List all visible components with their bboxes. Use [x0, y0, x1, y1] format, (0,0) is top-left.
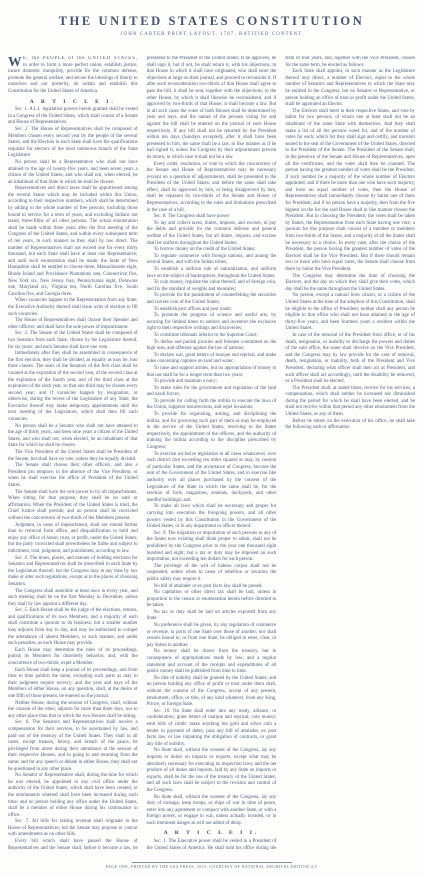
paragraph: Sec. 7. All bills for raising revenue sh…: [8, 819, 138, 839]
section-label: Sec. 1.: [15, 107, 29, 112]
paragraph: To establish post offices and post roads…: [147, 307, 277, 314]
paragraph: To provide for calling forth the militia…: [147, 399, 277, 412]
section-label: Sec. 3.: [15, 331, 30, 336]
paragraph: The Senate shall choose their other offi…: [8, 463, 138, 489]
paragraph: The House of Representatives shall choos…: [8, 318, 138, 331]
paragraph: Each House shall keep a journal of its p…: [8, 668, 138, 701]
article-heading: A R T I C L E I.: [8, 99, 138, 106]
document-body: WE, the PEOPLE of the UNITED STATES, in …: [8, 56, 415, 854]
preamble-paragraph: WE, the PEOPLE of the UNITED STATES, in …: [8, 56, 138, 96]
footer-rule: [132, 862, 292, 863]
paragraph: No State shall, without the consent of t…: [147, 795, 277, 828]
section-label: Sec. 6.: [15, 720, 32, 725]
paragraph: The Electors shall meet in their respect…: [285, 109, 415, 274]
section-label: Sec. 1.: [154, 839, 169, 844]
document-title: THE UNITED STATES CONSTITUTION: [0, 14, 423, 29]
paragraph: Judgment, in cases of impeachment, shall…: [8, 523, 138, 556]
paragraph: The Senate shall have the sole power to …: [8, 490, 138, 523]
paragraph: Sec. 10. No State shall enter into any t…: [147, 709, 277, 749]
lead-caps-text: E, the PEOPLE of the UNITED STATES,: [23, 56, 138, 61]
paragraph: Sec. 5. Each House shall be the judge of…: [8, 608, 138, 648]
paragraph: Sec. 4. The times, places, and manner of…: [8, 556, 138, 589]
paragraph: To lay and collect taxes, duties, impost…: [147, 221, 277, 247]
paragraph: Sec. 1. ALL legislative powers herein gr…: [8, 107, 138, 127]
paragraph: When vacancies happen in the Representat…: [8, 298, 138, 318]
paragraph: Each House may determine the rules of it…: [8, 648, 138, 668]
paragraph: To exercise exclusive legislation in all…: [147, 452, 277, 505]
paragraph: The Congress may determine the time of c…: [285, 274, 415, 294]
section-label: Sec. 9.: [154, 531, 168, 536]
paragraph: Sec. 8. The Congress shall have power: [147, 214, 277, 221]
section-label: Sec. 5.: [15, 608, 29, 613]
paragraph: Before he enters on the execution of his…: [285, 419, 415, 432]
paragraph: No person shall be a Representative who …: [8, 160, 138, 186]
section-label: Sec. 4.: [15, 556, 30, 561]
document-subtitle: JOHN CARTER PRINT LAYOUT, 1787, RATIFIED…: [0, 32, 423, 37]
paragraph: To make all laws which shall be necessar…: [147, 504, 277, 530]
paragraph: No person shall be a Senator who shall n…: [8, 424, 138, 450]
constitution-page: THE UNITED STATES CONSTITUTION JOHN CART…: [0, 0, 423, 875]
article-heading: A R T I C L E I I.: [147, 830, 277, 837]
paragraph: Sec. 9. The migration or importation of …: [147, 531, 277, 564]
section-label: Sec. 10.: [154, 709, 173, 714]
paragraph: To promote the progress of science and u…: [147, 313, 277, 333]
paragraph: No money shall be drawn from the treasur…: [147, 649, 277, 675]
paragraph: Every order, resolution, or vote to whic…: [147, 162, 277, 215]
paragraph: Neither House, during the session of Con…: [8, 701, 138, 721]
paragraph: No capitation or other direct tax shall …: [147, 590, 277, 610]
paragraph: The Congress shall assemble at least onc…: [8, 589, 138, 609]
paragraph: No bill of attainder or ex post facto la…: [147, 584, 277, 591]
paragraph: To coin money, regulate the value thereo…: [147, 280, 277, 293]
paragraph: To make rules for the government and reg…: [147, 386, 277, 399]
page-footer: PAGE ONE, PRINTED BY THE USA PRESS, 2023…: [0, 862, 423, 869]
paragraph: Immediately after they shall be assemble…: [8, 351, 138, 424]
paragraph: The Vice President of the United States …: [8, 450, 138, 463]
paragraph: To establish a uniform rule of naturaliz…: [147, 267, 277, 280]
lead-caps-text: ALL: [29, 107, 41, 112]
paragraph: Sec. 3. The Senate of the United States …: [8, 331, 138, 351]
paragraph: The privilege of the writ of habeas corp…: [147, 564, 277, 584]
footer-caption: PAGE ONE, PRINTED BY THE USA PRESS, 2023…: [0, 865, 423, 869]
paragraph: No State shall, without the consent of t…: [147, 748, 277, 794]
paragraph: Sec. 2. The House of Representatives sha…: [8, 127, 138, 160]
paragraph: No tax or duty shall be laid on articles…: [147, 610, 277, 623]
section-label: Sec. 7.: [15, 819, 32, 824]
paragraph: To provide and maintain a navy;: [147, 379, 277, 386]
paragraph: In case of the removal of the President …: [285, 333, 415, 386]
paragraph: To regulate commerce with foreign nation…: [147, 254, 277, 267]
paragraph: No preference shall be given, by any reg…: [147, 623, 277, 649]
paragraph: To provide for the punishment of counter…: [147, 293, 277, 306]
paragraph: Sec. 6. The Senators and Representatives…: [8, 720, 138, 773]
paragraph: To constitute tribunals inferior to the …: [147, 333, 277, 340]
paragraph: Representatives and direct taxes shall b…: [8, 186, 138, 298]
masthead: THE UNITED STATES CONSTITUTION JOHN CART…: [0, 14, 423, 37]
paragraph: To provide for organizing, arming, and d…: [147, 412, 277, 452]
section-label: Sec. 2.: [15, 127, 31, 132]
paragraph: The President shall, at stated times, re…: [285, 386, 415, 419]
paragraph: No person, except a natural born citizen…: [285, 293, 415, 333]
paragraph: No Senator or Representative shall, duri…: [8, 773, 138, 819]
paragraph: To raise and support armies, but no appr…: [147, 366, 277, 379]
paragraph: Each State shall appoint, in such manner…: [285, 69, 415, 109]
paragraph: To borrow money on the credit of the Uni…: [147, 247, 277, 254]
paragraph: To declare war, grant letters of marque …: [147, 353, 277, 366]
drop-cap: W: [8, 56, 23, 67]
paragraph: To define and punish piracies and feloni…: [147, 340, 277, 353]
section-label: Sec. 8.: [154, 214, 168, 219]
paragraph: No title of nobility shall be granted by…: [147, 676, 277, 709]
